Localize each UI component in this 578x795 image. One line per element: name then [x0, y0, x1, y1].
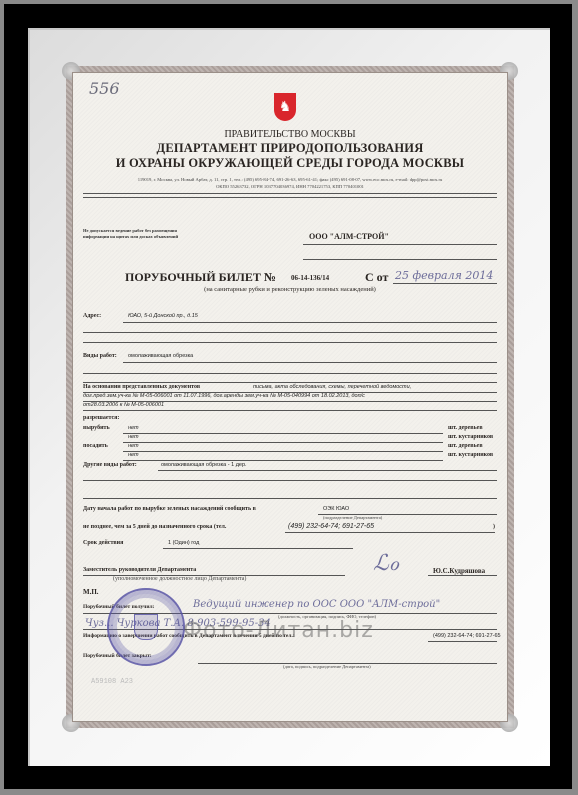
moscow-coat-of-arms-icon: ♞	[274, 93, 296, 121]
received-handwritten-1: Ведущий инженер по ООС ООО "АЛМ-строй"	[193, 599, 440, 610]
basis-label: На основании представленных документов	[83, 384, 200, 390]
permit-value: нет	[128, 434, 139, 440]
seal-emblem-icon	[134, 614, 158, 640]
address-line: 119019, г. Москва, ул. Новый Арбат, д. 1…	[73, 176, 507, 183]
organization-name: ООО "АЛМ-СТРОЙ"	[309, 232, 389, 241]
government-heading: ПРАВИТЕЛЬСТВО МОСКВЫ	[73, 129, 507, 140]
rule	[83, 410, 497, 411]
permitted-label: разрешается:	[83, 415, 119, 421]
signature: ℒℴ	[373, 551, 399, 576]
permit-value: нет	[128, 425, 139, 431]
work-types-label: Виды работ:	[83, 353, 117, 359]
deadline-close: )	[493, 524, 495, 530]
rule	[83, 382, 497, 383]
handwritten-number: 556	[89, 79, 120, 98]
notify-label: Дату начала работ по вырубке зеленых нас…	[83, 506, 256, 512]
closed-caption: (дата, подпись, подразделение Департамен…	[283, 664, 371, 669]
rule	[123, 442, 443, 443]
header-divider	[83, 193, 497, 198]
address-label: Адрес:	[83, 313, 101, 319]
org-underline	[303, 244, 497, 245]
rule	[163, 548, 353, 549]
permit-unit: шт. кустарников	[448, 452, 493, 458]
felling-permit-document: 556 ♞ ПРАВИТЕЛЬСТВО МОСКВЫ ДЕПАРТАМЕНТ П…	[66, 66, 514, 728]
notice-text: Не допускается ведение работ без размеще…	[83, 228, 183, 240]
permit-unit: шт. деревьев	[448, 443, 483, 449]
notify-value: ОЭК ЮАО	[323, 506, 349, 512]
registration-line: ОКПО 55263732, ОГРН 1037704036974, ИНН 7…	[73, 183, 507, 190]
date-label: С от	[365, 270, 388, 285]
validity-label: Срок действия	[83, 540, 123, 546]
permit-action: вырубить	[83, 425, 110, 431]
other-work-label: Другие виды работ:	[83, 462, 137, 468]
rule	[428, 575, 497, 576]
address-value: ЮАО, 5-й Донской пр., д.15	[128, 313, 198, 319]
rule	[83, 342, 497, 343]
deadline-phone: (499) 232-64-74; 691-27-65	[288, 523, 374, 530]
signer-name: Ю.С.Кудряшова	[433, 567, 485, 575]
other-work-value: омолаживающая обрезка - 1 дер.	[161, 462, 247, 468]
document-title: ПОРУБОЧНЫЙ БИЛЕТ №	[125, 270, 276, 285]
date-underline	[393, 283, 497, 284]
deadline-label: не позднее, чем за 5 дней до назначенног…	[83, 524, 226, 530]
permit-unit: шт. деревьев	[448, 425, 483, 431]
work-types-value: омолаживающая обрезка	[128, 353, 193, 359]
rule	[158, 470, 497, 471]
signer-position: Заместитель руководителя Департамента	[83, 567, 196, 573]
official-seal-icon	[107, 588, 185, 666]
rule	[123, 322, 497, 323]
completion-phone: (499) 232-64-74; 691-27-65	[433, 633, 501, 639]
rule	[83, 498, 497, 499]
basis-value-2: дог.пред.зем.уч-ка № М-05-006001 от 11.0…	[83, 393, 365, 399]
rule	[123, 460, 443, 461]
validity-value: 1 (Один) год	[168, 540, 199, 546]
rule	[83, 332, 497, 333]
rule	[83, 480, 497, 481]
signer-caption: (уполномоченное должностное лицо Департа…	[113, 576, 246, 582]
rule	[123, 362, 497, 363]
document-body: 556 ♞ ПРАВИТЕЛЬСТВО МОСКВЫ ДЕПАРТАМЕНТ П…	[72, 72, 508, 722]
rule	[123, 433, 443, 434]
permit-action: посадить	[83, 443, 108, 449]
basis-value-1: письма, акта обследования, схемы, перече…	[253, 384, 411, 390]
permit-value: нет	[128, 452, 139, 458]
rule	[285, 532, 495, 533]
rule	[123, 451, 443, 452]
permit-value: нет	[128, 443, 139, 449]
notify-caption: (подразделение Департамента)	[323, 515, 382, 520]
serial-number: А59108 А23	[91, 678, 133, 686]
rule	[428, 641, 497, 642]
rule	[83, 373, 497, 374]
department-heading-2: И ОХРАНЫ ОКРУЖАЮЩЕЙ СРЕДЫ ГОРОДА МОСКВЫ	[73, 156, 507, 171]
org-underline-2	[303, 259, 497, 260]
department-contacts: 119019, г. Москва, ул. Новый Арбат, д. 1…	[73, 176, 507, 190]
issue-date-handwritten: 25 февраля 2014	[395, 269, 493, 282]
ticket-number: 06-14-136/14	[291, 274, 329, 282]
watermark: Фото-Литан.biz	[183, 618, 374, 643]
basis-value-3: от28.03.2006 к № М-05-006001	[83, 402, 164, 408]
document-subtitle: (на санитарные рубки и реконструкцию зел…	[73, 286, 507, 293]
seal-label: М.П.	[83, 588, 99, 596]
permit-unit: шт. кустарников	[448, 434, 493, 440]
department-heading-1: ДЕПАРТАМЕНТ ПРИРОДОПОЛЬЗОВАНИЯ	[73, 141, 507, 156]
